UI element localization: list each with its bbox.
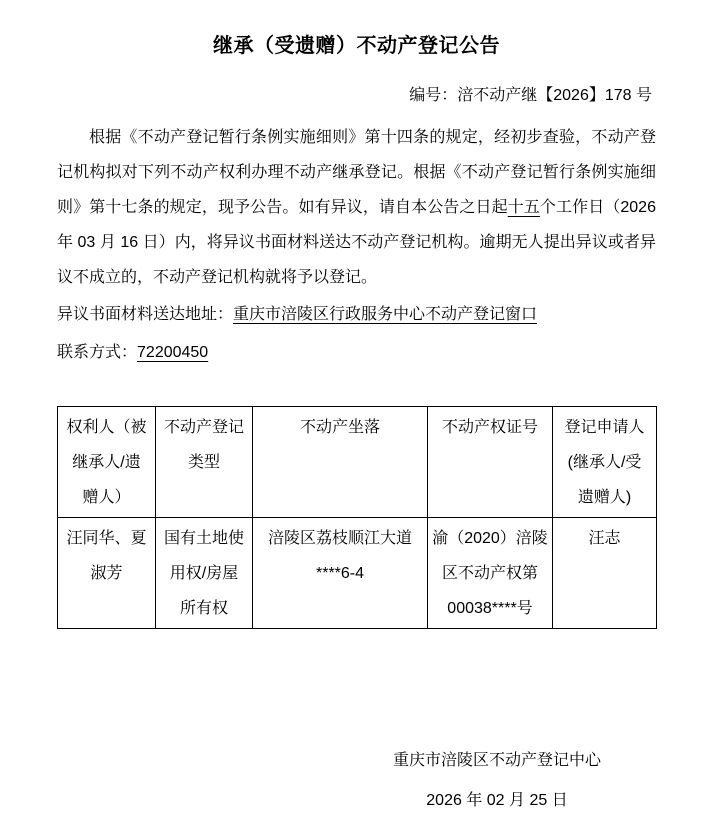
contact-line: 联系方式：72200450 — [57, 335, 656, 370]
header-cell-applicant: 登记申请人 (继承人/受 遗赠人) — [553, 407, 657, 518]
cell-applicant: 汪志 — [553, 518, 657, 629]
registration-table-header: 权利人（被 继承人/遗 赠人） 不动产登记 类型 不动产坐落 不动产权证号 登记… — [58, 407, 657, 518]
cell-registration-type: 国有土地使 用权/房屋 所有权 — [156, 518, 253, 629]
registration-table: 权利人（被 继承人/遗 赠人） 不动产登记 类型 不动产坐落 不动产权证号 登记… — [57, 406, 657, 629]
header-cell-registration-type: 不动产登记 类型 — [156, 407, 253, 518]
cell-rights-holder: 汪同华、夏 淑芳 — [58, 518, 156, 629]
cell-certificate-number: 渝（2020）涪陵 区不动产权第 00038****号 — [428, 518, 553, 629]
header-cell-rights-holder: 权利人（被 继承人/遗 赠人） — [58, 407, 156, 518]
announcement-document: 继承（受遗赠）不动产登记公告 编号：涪不动产继【2026】178 号 根据《不动… — [0, 0, 713, 822]
issue-date: 2026 年 02 月 25 日 — [352, 781, 642, 821]
deadline-days-underlined: 十五 — [508, 199, 540, 216]
header-cell-property-location: 不动产坐落 — [253, 407, 428, 518]
header-cell-certificate-number: 不动产权证号 — [428, 407, 553, 518]
registration-table-body: 汪同华、夏 淑芳 国有土地使 用权/房屋 所有权 涪陵区荔枝顺江大道 ****6… — [58, 518, 657, 629]
document-footer: 重庆市涪陵区不动产登记中心 2026 年 02 月 25 日 — [352, 741, 642, 821]
announcement-paragraph: 根据《不动产登记暂行条例实施细则》第十四条的规定，经初步查验，不动产登记机构拟对… — [57, 120, 656, 295]
table-header-row: 权利人（被 继承人/遗 赠人） 不动产登记 类型 不动产坐落 不动产权证号 登记… — [58, 407, 657, 518]
document-number: 编号：涪不动产继【2026】178 号 — [57, 86, 656, 106]
cell-property-location: 涪陵区荔枝顺江大道 ****6-4 — [253, 518, 428, 629]
objection-address-line: 异议书面材料送达地址：重庆市涪陵区行政服务中心不动产登记窗口 — [57, 297, 656, 332]
objection-address-value: 重庆市涪陵区行政服务中心不动产登记窗口 — [233, 306, 537, 323]
contact-phone-value: 72200450 — [137, 344, 208, 361]
objection-address-label: 异议书面材料送达地址： — [57, 306, 233, 323]
contact-label: 联系方式： — [57, 344, 137, 361]
issuer-name: 重庆市涪陵区不动产登记中心 — [352, 741, 642, 781]
document-title: 继承（受遗赠）不动产登记公告 — [57, 34, 656, 58]
table-row: 汪同华、夏 淑芳 国有土地使 用权/房屋 所有权 涪陵区荔枝顺江大道 ****6… — [58, 518, 657, 629]
